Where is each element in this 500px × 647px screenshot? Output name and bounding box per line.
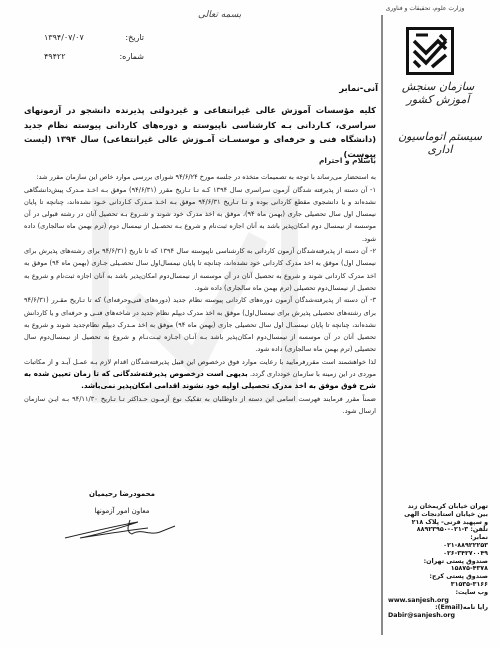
phone: تلفن: ۳-۰۲۱-۸۸۹۲۳۹۵۰ (388, 526, 488, 534)
address-line: تهران خیابان کریمخان زند (388, 503, 488, 511)
number-label: شماره: (104, 52, 144, 61)
address-line: بین خیابان استادنجات الهی (388, 511, 488, 519)
organization-name: سازمان سنجش آموزش کشور (388, 80, 488, 106)
po-tehran: ۱۵۸۷۵-۴۳۷۸ (388, 565, 488, 573)
urgency-label: آنی-نمابر (306, 84, 378, 94)
po-karaj-label: صندوق پستی کرج: (388, 573, 488, 581)
handwritten-signature-icon (60, 512, 180, 542)
vertical-divider (381, 15, 383, 635)
final-paragraph: ضمناً مقرر فرمایند فهرست اسامی این دسته … (24, 393, 376, 418)
item-1: ۱- آن دسته از پذیرفته شدگان آزمون سراسری… (24, 184, 376, 245)
bismillah: بسمه تعالی (198, 10, 241, 20)
website-label: وب سایت: (388, 589, 488, 597)
item-2: ۲- آن دسته از پذیرفته‌شدگان آزمون کاردان… (24, 245, 376, 294)
closing-paragraph: لذا خواهشمند است مقررفرمایید با رعایت مو… (24, 356, 376, 393)
organization-logo-icon (406, 27, 454, 75)
letter-subject: کلیه مؤسسات آموزش عالی غیرانتفاعی و غیرد… (24, 103, 376, 161)
ministry-name: وزارت علوم، تحقیقات و فناوری (380, 5, 470, 12)
contact-block: تهران خیابان کریمخان زند بین خیابان استا… (388, 503, 488, 620)
po-karaj: ۳۱۵۳۵-۳۱۶۶ (388, 581, 488, 589)
system-name: سیستم اتوماسیون اداری (392, 130, 488, 156)
letter-meta: تاریخ: ۱۳۹۴/۰۷/۰۷ شماره: ۴۹۴۲۲ (44, 28, 144, 66)
fax-number: ۰۲۱-۸۸۹۲۲۲۵۳ (388, 542, 488, 550)
intro-paragraph: به استحضار می‌رساند با توجه به تصمیمات م… (24, 171, 376, 183)
signer-name: محمودرضا رحیمیان (72, 490, 172, 498)
date-label: تاریخ: (104, 33, 144, 42)
letter-page: وزارت علوم، تحقیقات و فناوری سازمان سنجش… (0, 0, 500, 647)
email-link[interactable]: Dabir@sanjesh.org (388, 612, 488, 620)
date-value: ۱۳۹۴/۰۷/۰۷ (44, 33, 99, 42)
fax-label: نمابر: (388, 534, 488, 542)
letter-body: باسلام و احترام به استحضار می‌رساند با ت… (24, 155, 376, 417)
item-3: ۳- آن دسته از پذیرفته‌شدگان آزمون دوره‌ه… (24, 294, 376, 355)
greeting: باسلام و احترام (24, 155, 376, 167)
address-line: و سپهبد قرنی- پلاک ۲۱۸ (388, 519, 488, 527)
fax-number: ۰۲۶-۳۴۲۷۰۰۴۹ (388, 550, 488, 558)
email-label: رایا نامه(Email): (388, 604, 488, 612)
po-tehran-label: صندوق پستی تهران: (388, 558, 488, 566)
number-value: ۴۹۴۲۲ (44, 52, 99, 61)
website-link[interactable]: www.sanjesh.org (388, 597, 488, 605)
